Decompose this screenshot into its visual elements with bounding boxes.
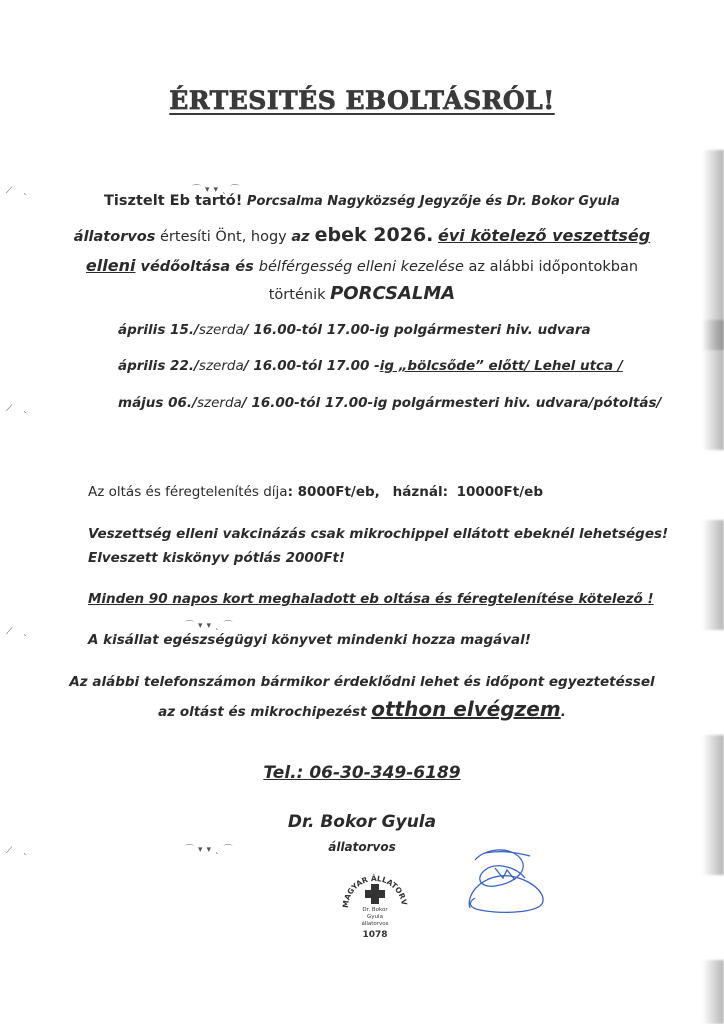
greeting: Tisztelt Eb tartó! — [104, 193, 242, 209]
schedule-date: április 15./ — [118, 322, 199, 338]
schedule-day: szerda — [199, 358, 244, 374]
intro-line-1: Tisztelt Eb tartó! Porcsalma Nagyközség … — [0, 193, 724, 209]
vaccination-text: védőoltása és — [135, 259, 258, 275]
fee-label: Az oltás és féregtelenítés díja — [88, 484, 288, 500]
fee-line: Az oltás és féregtelenítés díja: 8000Ft/… — [88, 484, 543, 500]
intro-line-3: elleni védőoltása és bélférgesség elleni… — [0, 256, 724, 275]
fee-price: : 8000Ft/eb, — [288, 484, 380, 500]
notify-text: értesíti Önt, hogy — [155, 229, 291, 245]
age-rule-note: Minden 90 napos kort meghaladott eb oltá… — [88, 591, 654, 607]
phone-number: Tel.: 06-30-349-6189 — [0, 763, 724, 783]
year-text: ebek 2026. — [315, 224, 434, 246]
home-fee-label: háznál: — [393, 484, 448, 500]
az-text: az — [291, 229, 314, 245]
phone-info-text: az oltást és mikrochipezést — [158, 704, 371, 720]
phone-info-line-1: Az alábbi telefonszámon bármikor érdeklő… — [0, 674, 724, 690]
vet-role: állatorvos — [0, 840, 724, 854]
schedule-row: május 06./szerda/ 16.00-tól 17.00-ig pol… — [118, 395, 661, 411]
notice-title: ÉRTESITÉS EBOLTÁSRÓL! — [0, 86, 724, 115]
tortenik-text: történik — [269, 287, 330, 303]
schedule-location: ig „bölcsőde” előtt/ Lehel utca / — [380, 358, 623, 374]
punch-mark-icon: ⟋ ˎ — [6, 404, 32, 414]
handwritten-signature — [455, 838, 555, 918]
intro-line-4: történik PORCSALMA — [0, 283, 724, 304]
punch-mark-icon: ⟋ ˎ — [6, 627, 32, 637]
svg-text:állatorvos: állatorvos — [361, 920, 388, 927]
schedule-intro: az alábbi időpontokban — [464, 259, 638, 275]
scan-edge-shadow — [702, 960, 724, 1024]
lost-book-note: Elveszett kiskönyv pótlás 2000Ft! — [88, 550, 345, 566]
bring-book-note: A kisállat egészségügyi könyvet mindenki… — [88, 632, 531, 648]
schedule-time-location: / 16.00-tól 17.00-ig polgármesteri hiv. … — [242, 395, 662, 411]
scan-edge-shadow — [702, 520, 724, 630]
scan-edge-shadow — [702, 735, 724, 875]
place-name: PORCSALMA — [330, 283, 455, 304]
phone-info-line-2: az oltást és mikrochipezést otthon elvég… — [0, 697, 724, 721]
svg-text:Dr. Bokor: Dr. Bokor — [362, 907, 388, 913]
scan-edge-shadow — [702, 320, 724, 450]
mandatory-text: évi kötelező veszettség — [438, 226, 650, 245]
issuer: Porcsalma Nagyközség Jegyzője és Dr. Bok… — [242, 194, 620, 209]
schedule-date: április 22./ — [118, 358, 199, 374]
svg-text:Gyula: Gyula — [367, 914, 383, 920]
bird-mark-icon: ⌒▾▾ˎ⌒ — [185, 618, 237, 631]
elleni-text: elleni — [86, 256, 136, 275]
home-fee-price: 10000Ft/eb — [457, 484, 543, 500]
schedule-time-location: / 16.00-tól 17.00-ig polgármesteri hiv. … — [244, 322, 591, 338]
home-service-text: otthon elvégzem — [371, 697, 560, 721]
microchip-note: Veszettség elleni vakcinázás csak mikroc… — [88, 526, 668, 542]
vet-word: állatorvos — [74, 229, 156, 245]
vet-name: Dr. Bokor Gyula — [0, 812, 724, 832]
notice-page: ⟋ ˎ ⟋ ˎ ⟋ ˎ ⟋ ˎ ⌒▾▾ˎ⌒ ⌒▾▾ˎ⌒ ⌒▾▾ˎ⌒ ÉRTESI… — [0, 0, 724, 1024]
svg-text:1078: 1078 — [362, 930, 387, 940]
schedule-date: május 06./ — [118, 395, 197, 411]
schedule-row: április 22./szerda/ 16.00-tól 17.00 -ig … — [118, 358, 623, 374]
intro-line-2: állatorvos értesíti Önt, hogy az ebek 20… — [0, 224, 724, 246]
deworming-text: bélférgesség elleni kezelése — [259, 259, 464, 275]
schedule-day: szerda — [199, 322, 244, 338]
schedule-time-location: / 16.00-tól 17.00 - — [244, 358, 380, 374]
period: . — [561, 704, 566, 720]
schedule-day: szerda — [197, 395, 242, 411]
schedule-row: április 15./szerda/ 16.00-tól 17.00-ig p… — [118, 322, 591, 338]
chamber-stamp-icon: MAGYAR ÁLLATORVOSI KAMARA Dr. Bokor Gyul… — [338, 868, 412, 942]
